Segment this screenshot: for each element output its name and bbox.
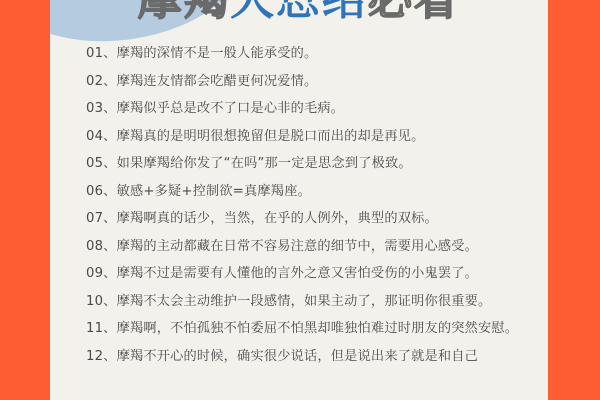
- list-item: 08、摩羯的主动都藏在日常不容易注意的细节中，需要用心感受。: [86, 233, 528, 261]
- list-item: 05、如果摩羯给你发了“在吗”那一定是思念到了极致。: [86, 150, 528, 178]
- title-outline-left: 摩羯: [138, 0, 230, 25]
- list-item: 01、摩羯的深情不是一般人能承受的。: [86, 40, 528, 68]
- list-item: 10、摩羯不太会主动维护一段感情，如果主动了，那证明你很重要。: [86, 288, 528, 316]
- list-item: 09、摩羯不过是需要有人懂他的言外之意又害怕受伤的小鬼罢了。: [86, 260, 528, 288]
- list-item: 07、摩羯啊真的话少，当然，在乎的人例外，典型的双标。: [86, 205, 528, 233]
- list-item: 11、摩羯啊，不怕孤独不怕委屈不怕黑却唯独怕难过时朋友的突然安慰。: [86, 315, 528, 343]
- title-main: 大总结: [230, 0, 368, 25]
- list-item: 04、摩羯真的是明明很想挽留但是脱口而出的却是再见。: [86, 123, 528, 151]
- trait-list: 01、摩羯的深情不是一般人能承受的。 02、摩羯连友情都会吃醋更何况爱情。 03…: [86, 40, 528, 370]
- list-item: 02、摩羯连友情都会吃醋更何况爱情。: [86, 68, 528, 96]
- list-item: 12、摩羯不开心的时候，确实很少说话，但是说出来了就是和自己: [86, 343, 528, 371]
- content-card: 摩羯大总结必看 01、摩羯的深情不是一般人能承受的。 02、摩羯连友情都会吃醋更…: [50, 0, 548, 400]
- title-outline-right: 必看: [368, 0, 460, 25]
- title-banner: 摩羯大总结必看: [50, 0, 548, 22]
- page-title: 摩羯大总结必看: [138, 0, 460, 22]
- list-item: 03、摩羯似乎总是改不了口是心非的毛病。: [86, 95, 528, 123]
- list-item: 06、敏感+多疑+控制欲=真摩羯座。: [86, 178, 528, 206]
